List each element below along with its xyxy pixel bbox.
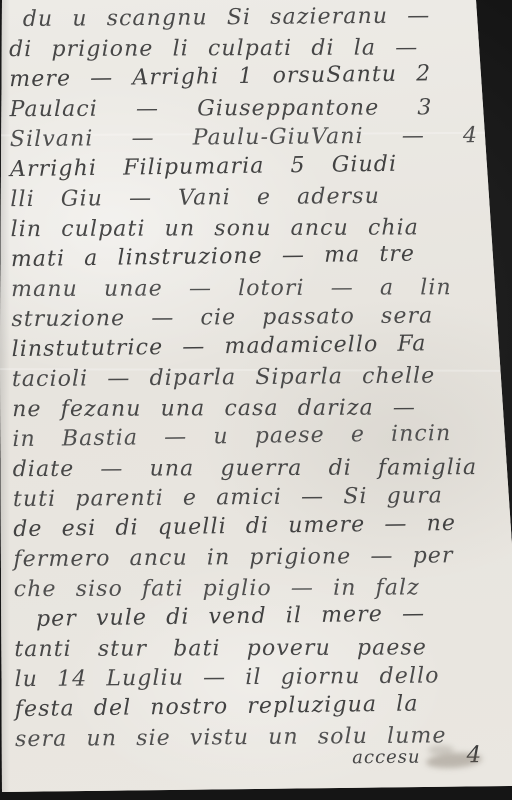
handwriting-line: tacioli — diparla Siparla chelle: [12, 361, 504, 395]
handwriting-line: de esi di quelli di umere — ne: [13, 508, 505, 545]
handwriting-line: Arrighi Filipumaria 5 Giudi: [10, 148, 502, 185]
handwriting-line: in Bastia — u paese e incin: [12, 418, 504, 455]
handwriting-line: tanti stur bati poveru paese: [14, 633, 506, 665]
handwriting-line: fermero ancu in prigione — per: [13, 541, 505, 575]
handwriting-line: Paulaci — Giuseppantone 3: [10, 93, 502, 125]
handwriting-block: du u scangnu Si sazieranu — di prigione …: [9, 1, 508, 772]
handwriting-line: diate — una guerra di famiglia: [13, 453, 505, 485]
handwriting-line: mere — Arrighi 1 orsuSantu 2: [9, 58, 501, 95]
handwriting-line: lli Giu — Vani e adersu: [10, 181, 502, 215]
handwriting-line: linstututrice — madamicello Fa: [11, 328, 503, 365]
scanned-letter-photo: du u scangnu Si sazieranu — di prigione …: [0, 0, 512, 800]
handwriting-line: per vule di vend il mere —: [14, 598, 506, 635]
handwriting-line: festa del nostro repluzigua la: [15, 688, 507, 725]
handwriting-line: manu unae — lotori — a lin: [11, 273, 503, 305]
letter-page: du u scangnu Si sazieranu — di prigione …: [0, 0, 512, 800]
paper-edge-shade: [0, 0, 10, 800]
handwriting-line: mati a linstruzione — ma tre: [11, 238, 503, 275]
inserted-word: accesu: [352, 747, 421, 769]
handwriting-line: du u scangnu Si sazieranu —: [9, 1, 501, 35]
